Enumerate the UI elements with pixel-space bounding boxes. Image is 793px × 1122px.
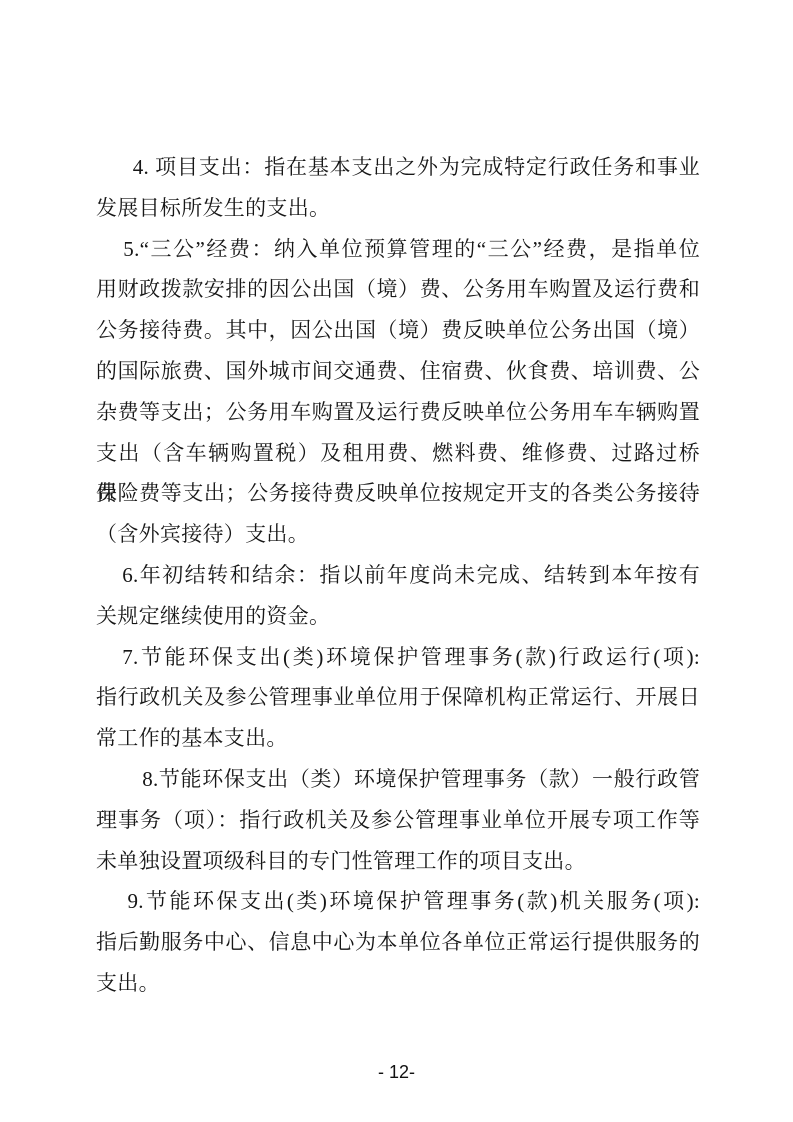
text-line: 8.节能环保支出（类）环境保护管理事务（款）一般行政管 bbox=[96, 759, 700, 800]
paragraph: 5.“三公”经费：纳入单位预算管理的“三公”经费，是指单位用财政拨款安排的因公出… bbox=[96, 229, 700, 555]
text-line: 发展目标所发生的支出。 bbox=[96, 188, 700, 229]
paragraph: 8.节能环保支出（类）环境保护管理事务（款）一般行政管理事务（项）：指行政机关及… bbox=[96, 759, 700, 881]
text-line: 常工作的基本支出。 bbox=[96, 718, 700, 759]
text-line: 未单独设置项级科目的专门性管理工作的项目支出。 bbox=[96, 841, 700, 882]
paragraph: 4. 项目支出：指在基本支出之外为完成特定行政任务和事业发展目标所发生的支出。 bbox=[96, 147, 700, 229]
text-line: 支出。 bbox=[96, 963, 700, 1004]
page-number: - 12- bbox=[378, 1062, 415, 1082]
document-body: 4. 项目支出：指在基本支出之外为完成特定行政任务和事业发展目标所发生的支出。5… bbox=[96, 147, 700, 1004]
text-line: 用财政拨款安排的因公出国（境）费、公务用车购置及运行费和 bbox=[96, 269, 700, 310]
document-page: 4. 项目支出：指在基本支出之外为完成特定行政任务和事业发展目标所发生的支出。5… bbox=[0, 0, 793, 1122]
paragraph: 7.节能环保支出(类)环境保护管理事务(款)行政运行(项):指行政机关及参公管理… bbox=[96, 637, 700, 759]
text-line: 7.节能环保支出(类)环境保护管理事务(款)行政运行(项): bbox=[96, 637, 700, 678]
page-footer: - 12- bbox=[0, 1062, 793, 1083]
text-line: 支出（含车辆购置税）及租用费、燃料费、维修费、过路过桥费、 bbox=[96, 433, 700, 474]
paragraph: 9.节能环保支出(类)环境保护管理事务(款)机关服务(项):指后勤服务中心、信息… bbox=[96, 881, 700, 1003]
text-line: 指后勤服务中心、信息中心为本单位各单位正常运行提供服务的 bbox=[96, 922, 700, 963]
text-line: 理事务（项）：指行政机关及参公管理事业单位开展专项工作等 bbox=[96, 800, 700, 841]
text-line: 指行政机关及参公管理事业单位用于保障机构正常运行、开展日 bbox=[96, 677, 700, 718]
text-line: 6.年初结转和结余：指以前年度尚未完成、结转到本年按有 bbox=[96, 555, 700, 596]
text-line: 公务接待费。其中，因公出国（境）费反映单位公务出国（境） bbox=[96, 310, 700, 351]
text-line: 的国际旅费、国外城市间交通费、住宿费、伙食费、培训费、公 bbox=[96, 351, 700, 392]
text-line: 5.“三公”经费：纳入单位预算管理的“三公”经费，是指单位 bbox=[96, 229, 700, 270]
text-line: 杂费等支出；公务用车购置及运行费反映单位公务用车车辆购置 bbox=[96, 392, 700, 433]
text-line: 4. 项目支出：指在基本支出之外为完成特定行政任务和事业 bbox=[96, 147, 700, 188]
text-line: 保险费等支出；公务接待费反映单位按规定开支的各类公务接待 bbox=[96, 473, 700, 514]
text-line: 9.节能环保支出(类)环境保护管理事务(款)机关服务(项): bbox=[96, 881, 700, 922]
text-line: 关规定继续使用的资金。 bbox=[96, 596, 700, 637]
paragraph: 6.年初结转和结余：指以前年度尚未完成、结转到本年按有关规定继续使用的资金。 bbox=[96, 555, 700, 637]
text-line: （含外宾接待）支出。 bbox=[96, 514, 700, 555]
